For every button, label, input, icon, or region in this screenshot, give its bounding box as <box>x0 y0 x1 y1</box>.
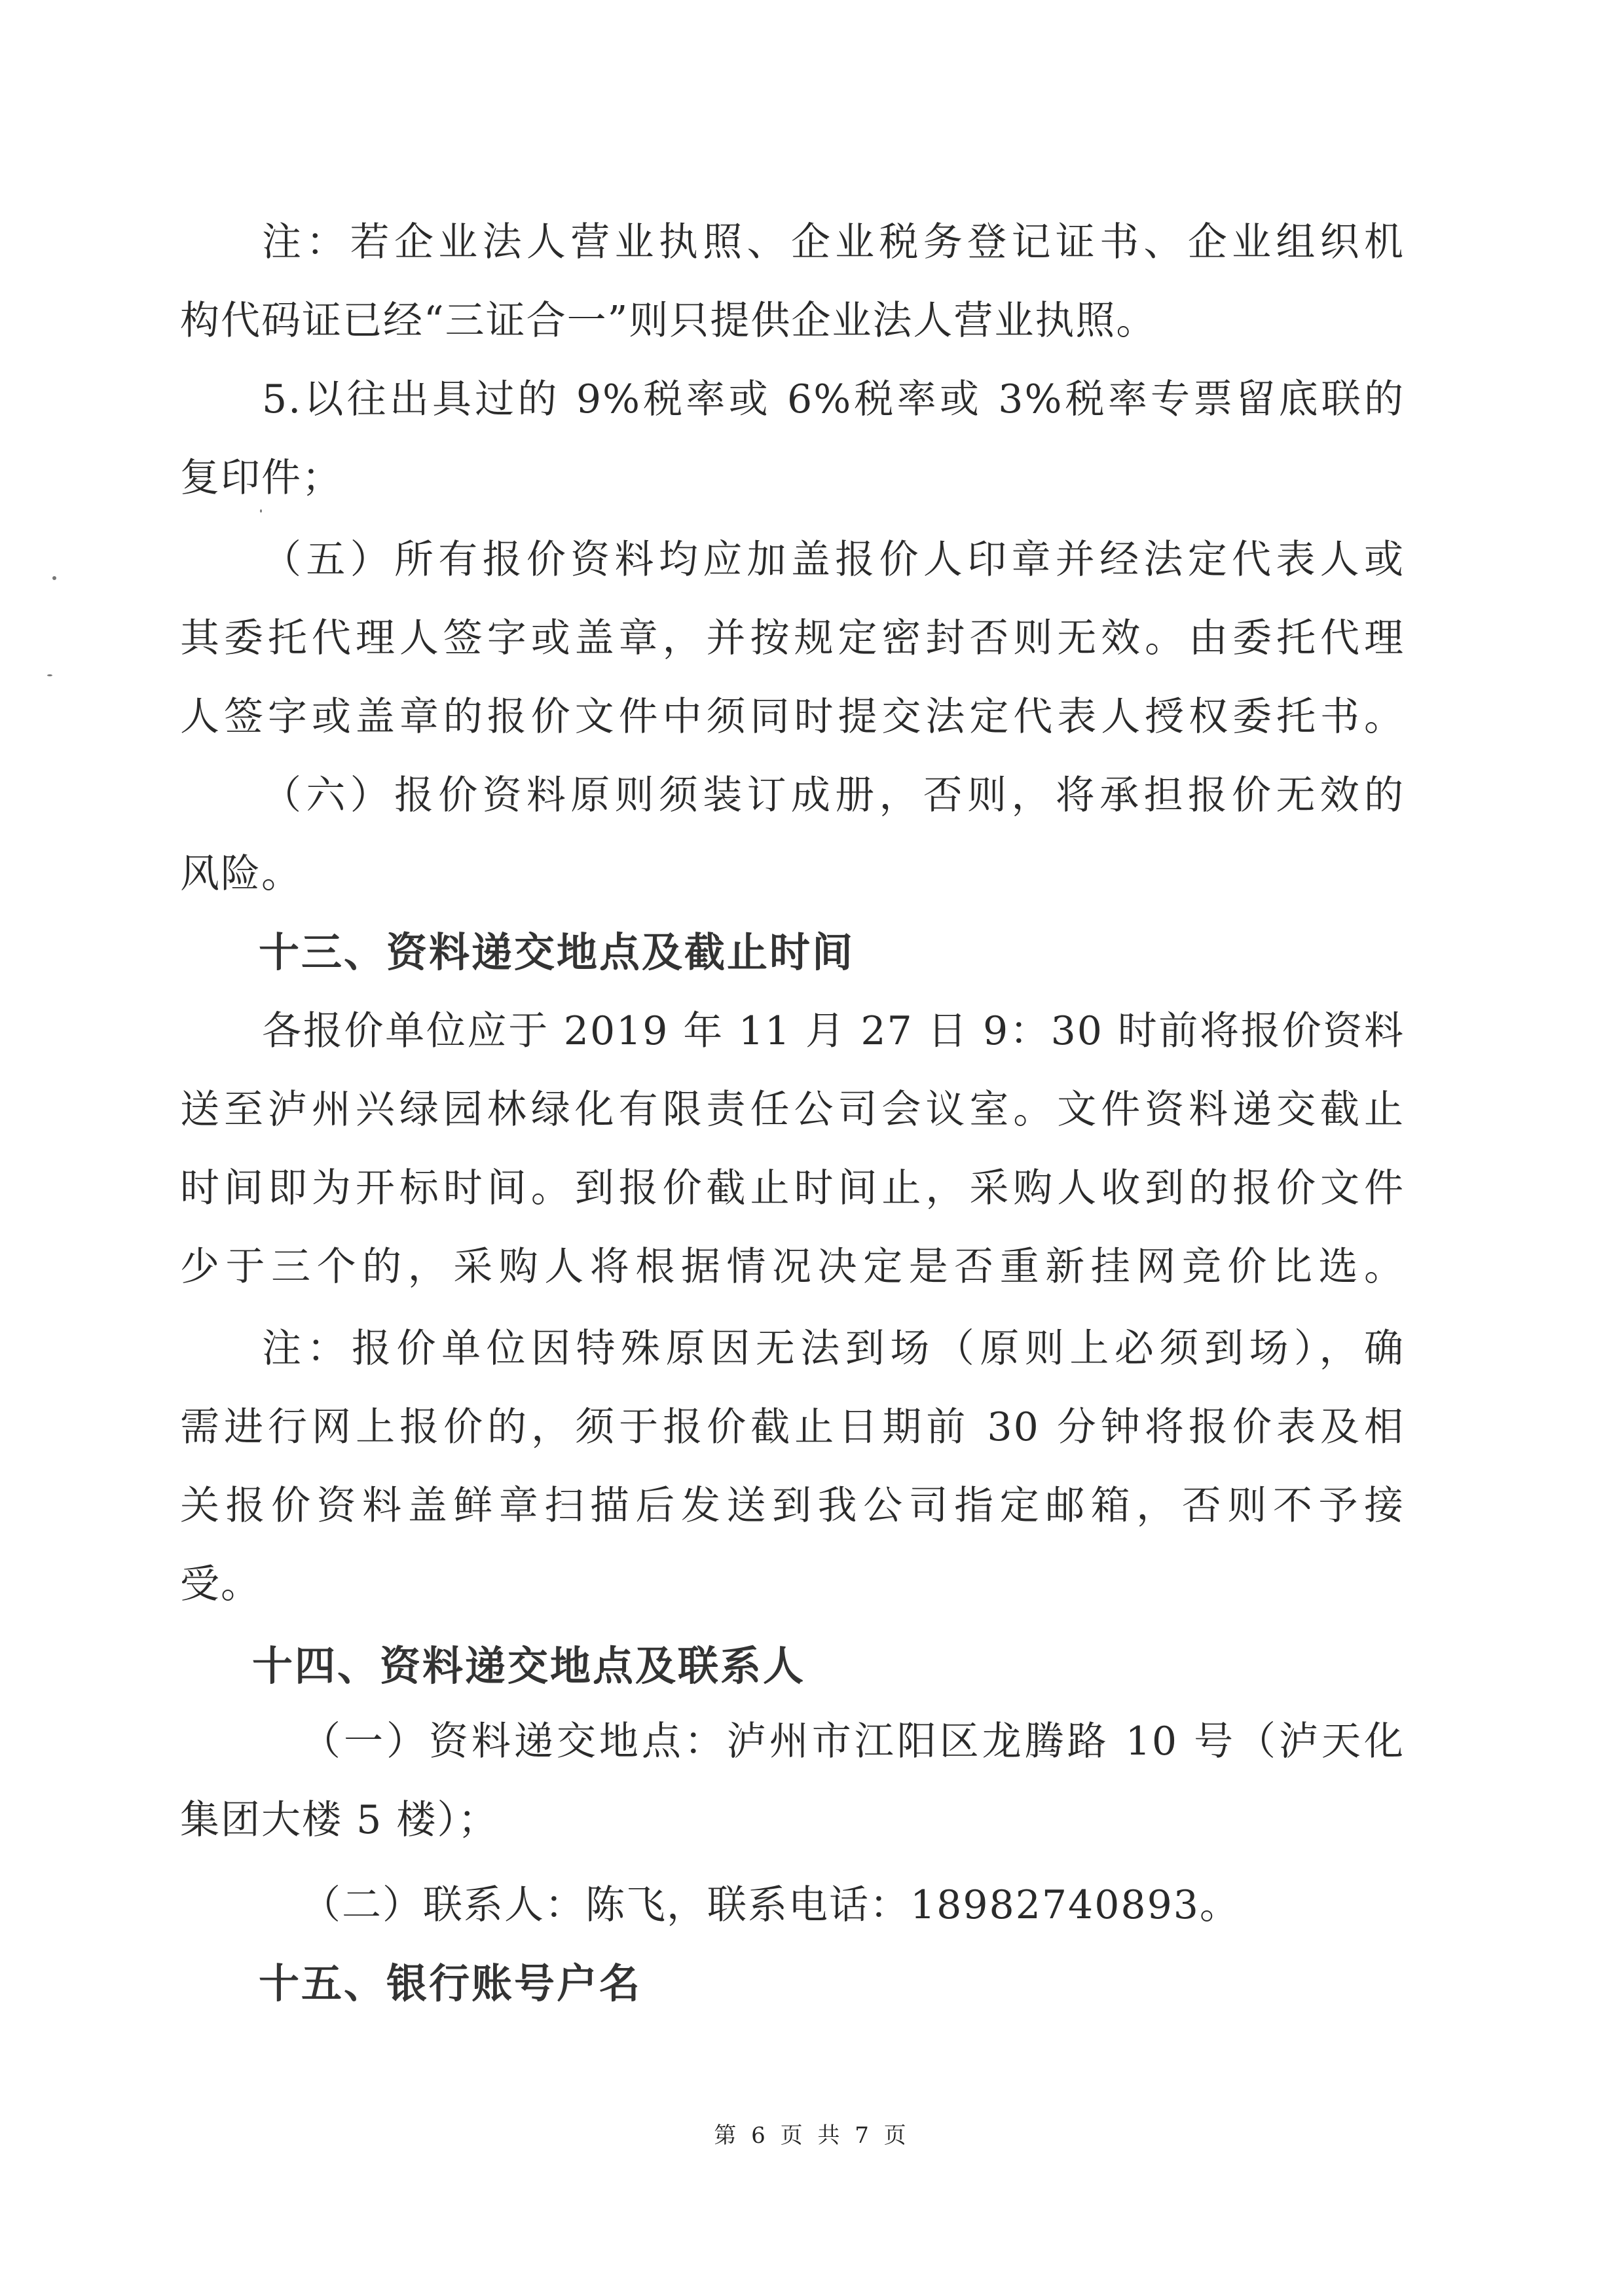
paragraph-line: （六）报价资料原则须装订成册，否则，将承担报价无效的 <box>262 769 1405 822</box>
paragraph-line: 集团大楼 5 楼）； <box>180 1794 1405 1846</box>
paragraph-line: 关报价资料盖鲜章扫描后发送到我公司指定邮箱，否则不予接 <box>180 1480 1405 1532</box>
paragraph-line: 注：报价单位因特殊原因无法到场（原则上必须到场），确 <box>262 1322 1405 1375</box>
page-number-footer: 第 6 页 共 7 页 <box>0 2121 1624 2150</box>
scan-speck <box>47 674 52 676</box>
paragraph-line: 少于三个的，采购人将根据情况决定是否重新挂网竞价比选。 <box>180 1241 1405 1293</box>
paragraph-line: 5.以往出具过的 9%税率或 6%税率或 3%税率专票留底联的 <box>262 373 1405 426</box>
section-heading-14: 十四、资料递交地点及联系人 <box>252 1640 805 1692</box>
paragraph-line: 复印件； <box>180 452 1405 504</box>
scan-speck <box>260 509 262 513</box>
paragraph-line: 风险。 <box>180 848 1405 900</box>
section-heading-15: 十五、银行账号户名 <box>259 1958 642 2010</box>
paragraph-line: 注：若企业法人营业执照、企业税务登记证书、企业组织机 <box>262 216 1405 268</box>
paragraph-line: 其委托代理人签字或盖章，并按规定密封否则无效。由委托代理 <box>180 612 1405 665</box>
contact-line: （二）联系人：陈飞，联系电话：18982740893。 <box>301 1879 1405 1931</box>
paragraph-line: （一）资料递交地点：泸州市江阳区龙腾路 10 号（泸天化 <box>301 1715 1405 1768</box>
paragraph-line: 需进行网上报价的，须于报价截止日期前 30 分钟将报价表及相 <box>180 1401 1405 1453</box>
document-page: 注：若企业法人营业执照、企业税务登记证书、企业组织机 构代码证已经“三证合一”则… <box>0 0 1624 2296</box>
paragraph-line: 构代码证已经“三证合一”则只提供企业法人营业执照。 <box>180 295 1405 347</box>
section-heading-13: 十三、资料递交地点及截止时间 <box>259 926 855 979</box>
paragraph-line: 送至泸州兴绿园林绿化有限责任公司会议室。文件资料递交截止 <box>180 1084 1405 1136</box>
scan-speck <box>52 576 56 580</box>
paragraph-line: 人签字或盖章的报价文件中须同时提交法定代表人授权委托书。 <box>180 691 1405 743</box>
paragraph-line: 各报价单位应于 2019 年 11 月 27 日 9：30 时前将报价资料 <box>262 1005 1405 1057</box>
paragraph-line: 时间即为开标时间。到报价截止时间止，采购人收到的报价文件 <box>180 1162 1405 1214</box>
paragraph-line: 受。 <box>180 1558 1405 1611</box>
paragraph-line: （五）所有报价资料均应加盖报价人印章并经法定代表人或 <box>262 534 1405 586</box>
